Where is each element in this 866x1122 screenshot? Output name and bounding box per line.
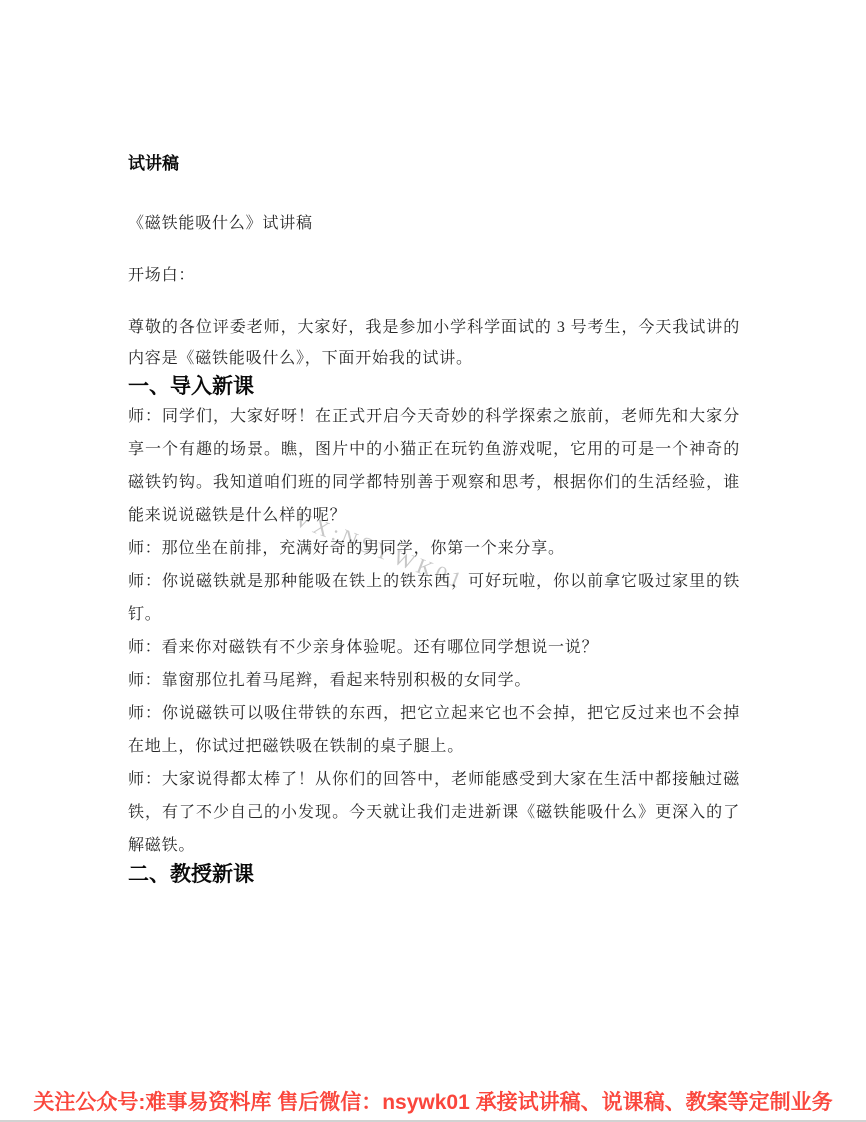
- teacher-line: 师：大家说得都太棒了！从你们的回答中，老师能感受到大家在生活中都接触过磁铁，有了…: [128, 763, 740, 862]
- teacher-line: 师：你说磁铁可以吸住带铁的东西，把它立起来它也不会掉，把它反过来也不会掉在地上，…: [128, 697, 740, 763]
- document-title: 试讲稿: [128, 152, 740, 176]
- opening-label: 开场白：: [128, 264, 740, 288]
- teacher-line: 师：看来你对磁铁有不少亲身体验呢。还有哪位同学想说一说？: [128, 631, 740, 664]
- teacher-line: 师：你说磁铁就是那种能吸在铁上的铁东西，可好玩啦，你以前拿它吸过家里的铁钉。: [128, 565, 740, 631]
- teacher-line: 师：同学们，大家好呀！在正式开启今天奇妙的科学探索之旅前，老师先和大家分享一个有…: [128, 400, 740, 532]
- footer-promo-banner: 关注公众号:难事易资料库 售后微信：nsywk01 承接试讲稿、说课稿、教案等定…: [0, 1089, 866, 1117]
- teacher-line: 师：靠窗那位扎着马尾辫，看起来特别积极的女同学。: [128, 664, 740, 697]
- document-subtitle: 《磁铁能吸什么》试讲稿: [128, 212, 740, 236]
- footer-promo-text: 关注公众号:难事易资料库 售后微信：nsywk01 承接试讲稿、说课稿、教案等定…: [33, 1091, 832, 1114]
- document-page: VX:NSYWK01 试讲稿 《磁铁能吸什么》试讲稿 开场白： 尊敬的各位评委老…: [0, 0, 866, 1122]
- document-content: 试讲稿 《磁铁能吸什么》试讲稿 开场白： 尊敬的各位评委老师，大家好，我是参加小…: [128, 0, 740, 888]
- section-1-heading: 一、导入新课: [128, 374, 740, 400]
- opening-paragraph: 尊敬的各位评委老师，大家好，我是参加小学科学面试的 3 号考生，今天我试讲的内容…: [128, 312, 740, 374]
- section-2-heading: 二、教授新课: [128, 862, 740, 888]
- teacher-line: 师：那位坐在前排，充满好奇的男同学，你第一个来分享。: [128, 532, 740, 565]
